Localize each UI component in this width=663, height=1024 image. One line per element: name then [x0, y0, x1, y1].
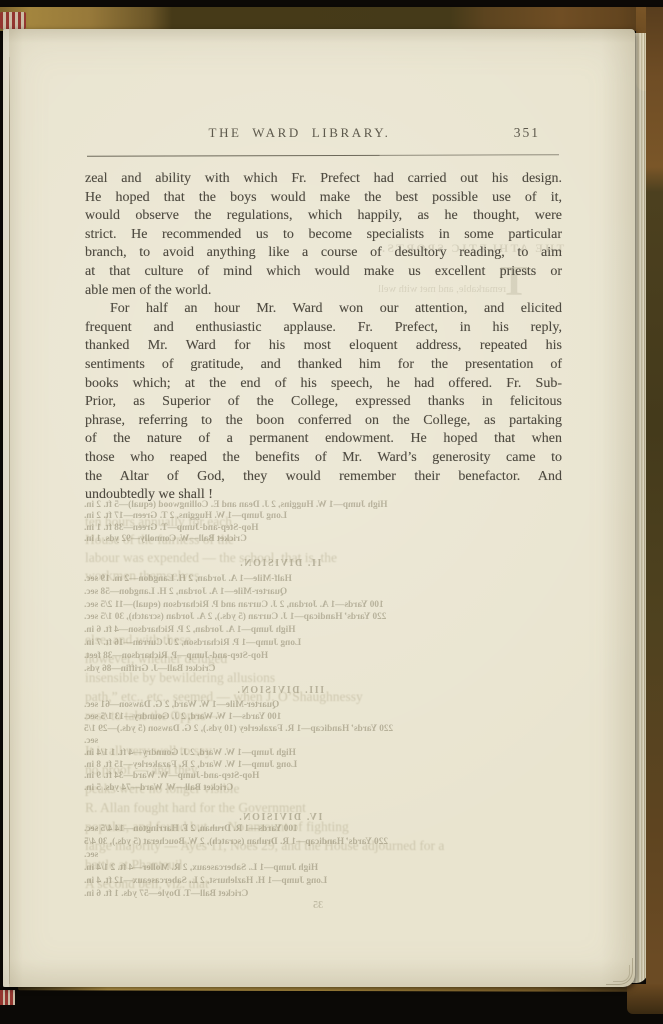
book-scan: THE ATHLETIC SPORTS. T remarkable, and m…: [0, 0, 663, 1024]
book-page: THE ATHLETIC SPORTS. T remarkable, and m…: [3, 29, 635, 987]
ghost-verso-division3-heading: III. DIVISION.: [84, 685, 476, 696]
page-body: zeal and ability with which Fr. Prefect …: [85, 170, 562, 505]
ghost-verso-division4-results: 100 Yards—1 R. Druhan, 2 F. Harrington—1…: [84, 823, 476, 901]
ghost-verso-page-number: 35: [298, 900, 338, 911]
header-rule: [87, 154, 559, 156]
ghost-verso-division2-results: Half-Mile—1 A. Jordan, 2 H. Langdon—2 m.…: [84, 573, 476, 675]
ghost-offset-block3: It is all very well to sayno proof — and…: [85, 741, 555, 893]
running-header: THE WARD LIBRARY. 351: [85, 125, 562, 145]
book-cover-top-edge: [0, 7, 663, 31]
paragraph-2: For half an hour Mr. Ward won our attent…: [85, 300, 562, 505]
page-number: 351: [514, 125, 540, 141]
ghost-offset-block2: else, and with thesehowever, whether del…: [85, 630, 555, 725]
page-title: THE WARD LIBRARY.: [209, 125, 391, 141]
cover-red-detail: [0, 990, 15, 1005]
cover-bottom-right-leather: [627, 984, 663, 1014]
ghost-offset-block1: ten hours annually for eachHouse of the …: [85, 513, 555, 585]
page-fold-line: [9, 57, 10, 984]
ghost-verso-division2-heading: II. DIVISION.: [84, 558, 476, 569]
book-cover-bottom-edge: [0, 984, 663, 1024]
ghost-verso-division3-results: Quarter-Mile—1 W. Ward, 2 G. Dawson—61 s…: [84, 700, 476, 795]
ghost-verso-division4-heading: IV. DIVISION.: [84, 812, 476, 823]
headband: [0, 12, 26, 29]
book-cover-right-edge: [646, 7, 663, 986]
paragraph-1: zeal and ability with which Fr. Prefect …: [85, 170, 562, 300]
ghost-verso-division1-results: High Jump—1 W. Huggins, 2 J. Dean and E.…: [84, 500, 476, 545]
